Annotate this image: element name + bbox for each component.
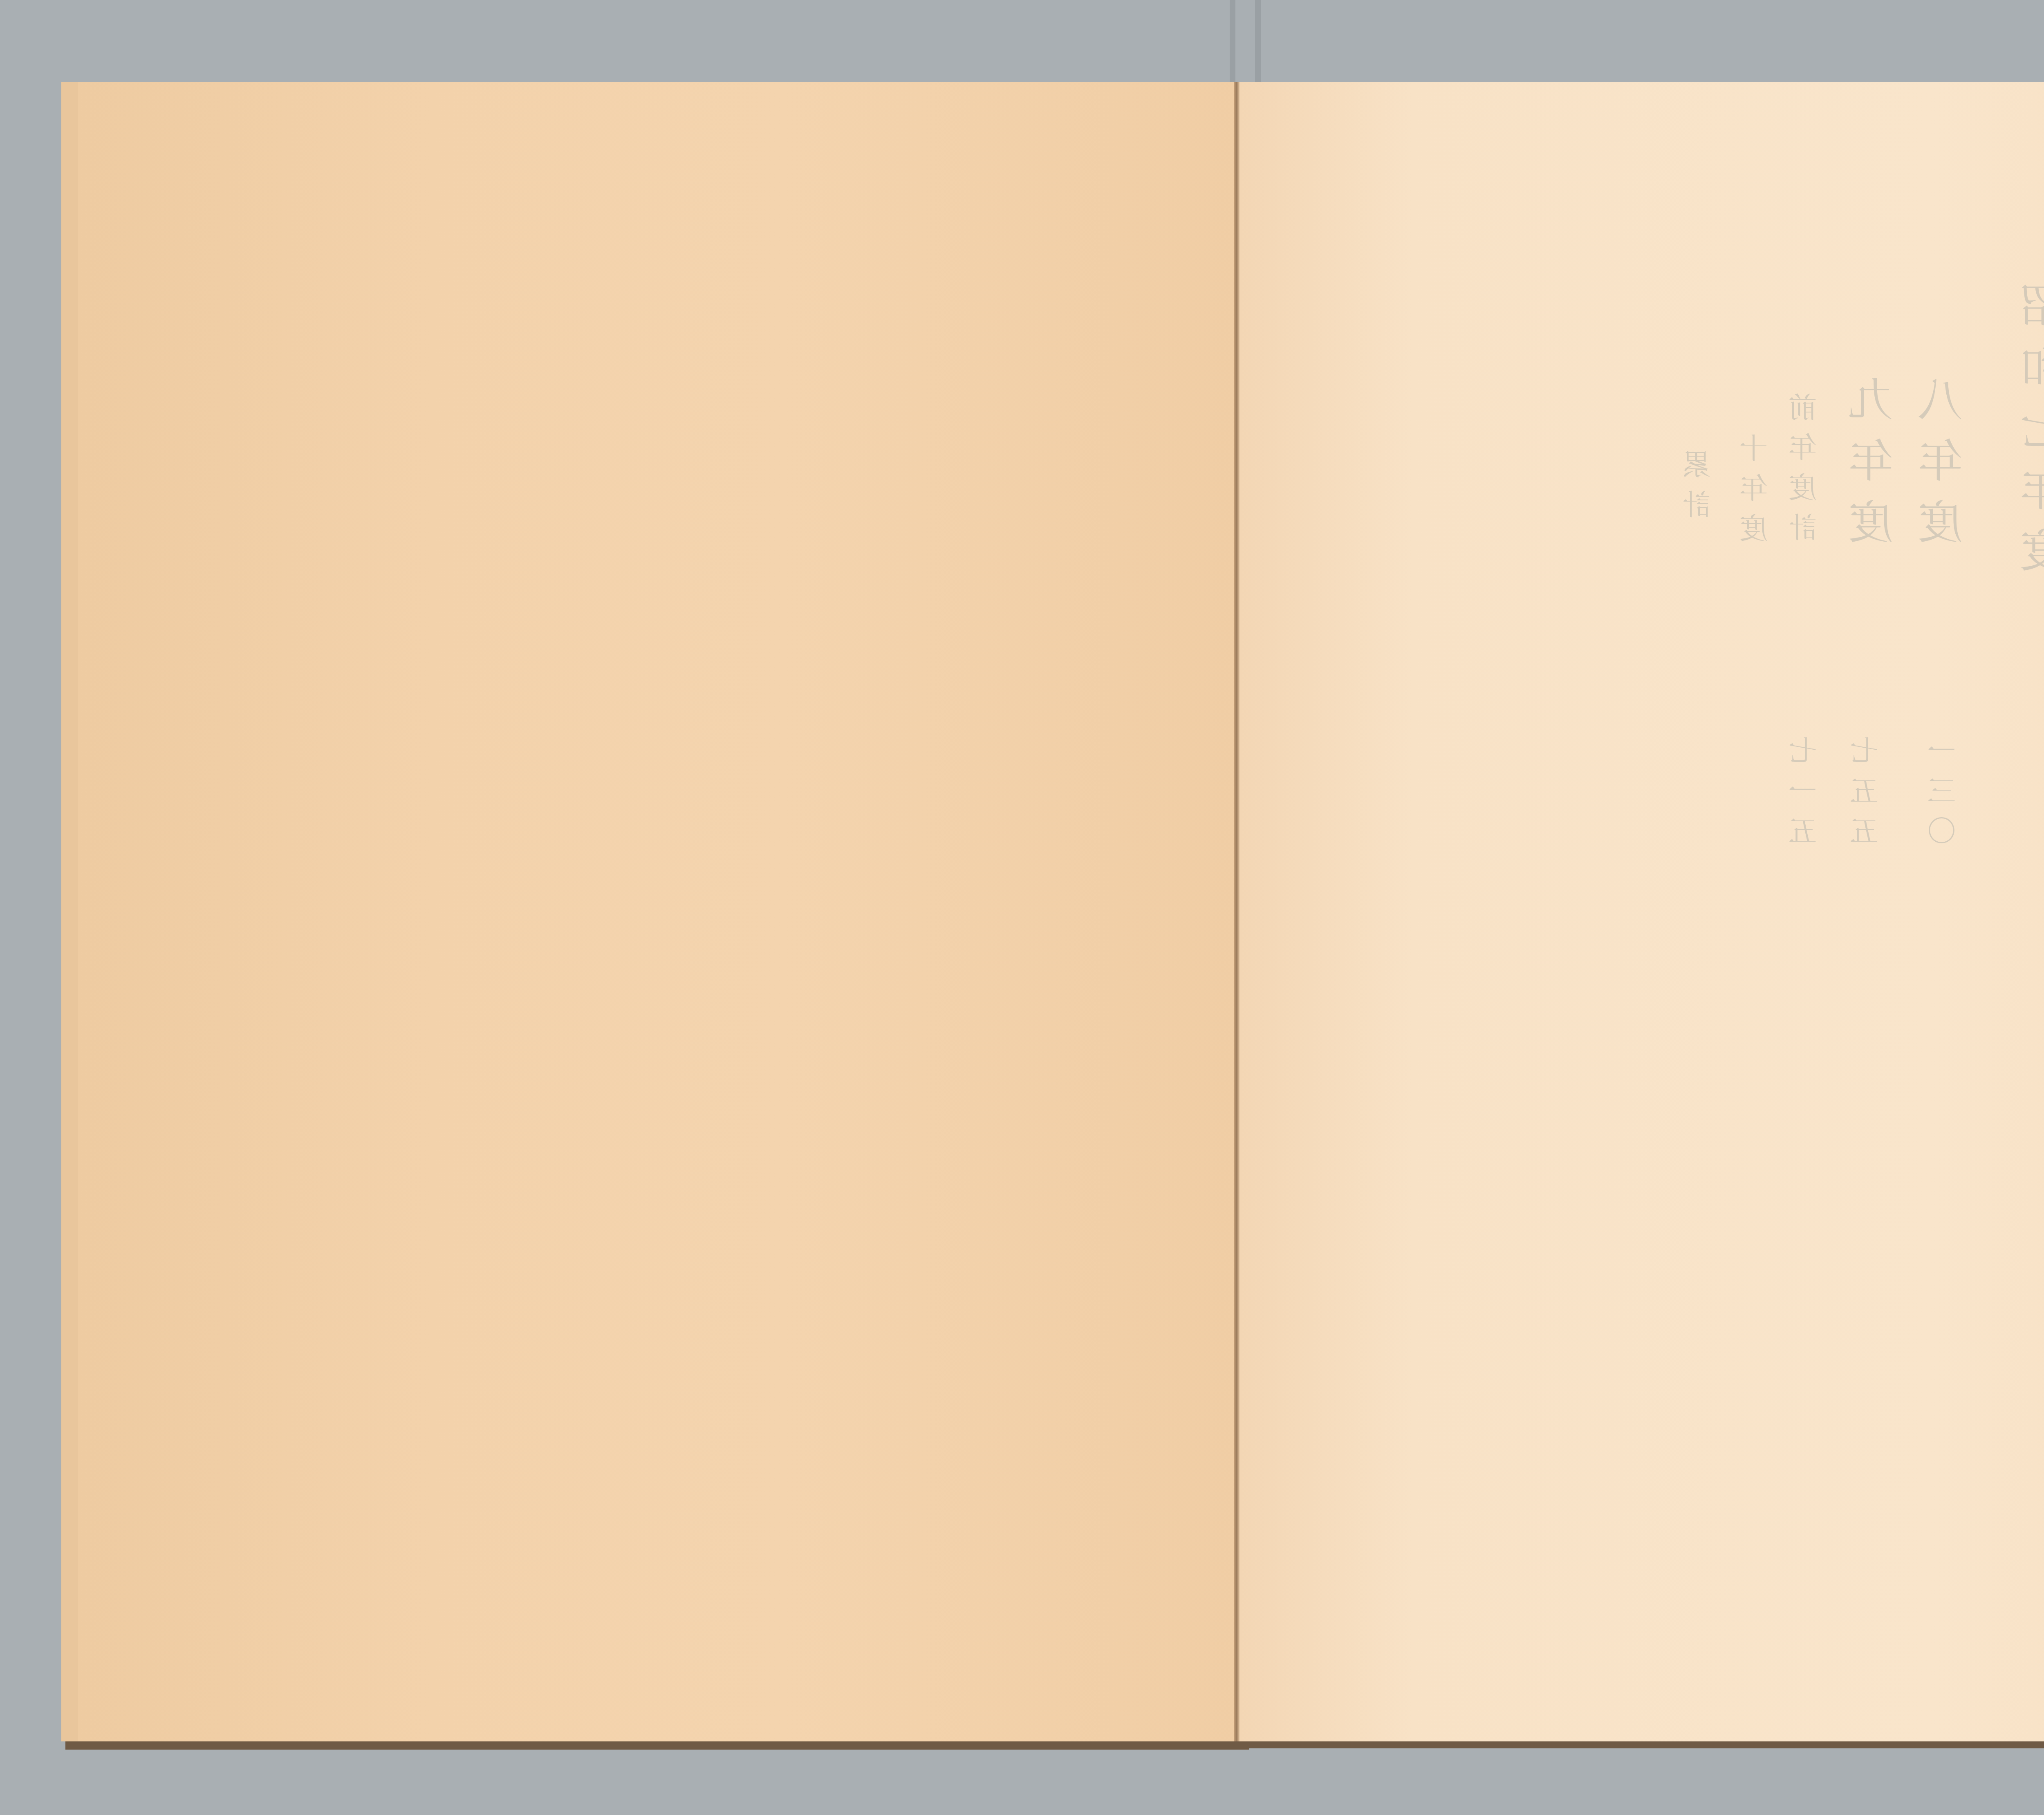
show-through-numeral-1: 一三〇 — [1930, 736, 1958, 856]
left-page — [61, 82, 1253, 1741]
book-gutter — [1234, 82, 1239, 1741]
scanner-seam-right — [1255, 0, 1261, 86]
show-through-text-col-5: 十年度 — [1741, 433, 1770, 553]
show-through-text-col-2: 八年度 — [1921, 376, 1966, 560]
scanner-seam-left — [1230, 0, 1235, 86]
show-through-text-col-3: 九年度 — [1852, 376, 1897, 560]
show-through-text-col-4: 前年度計 — [1791, 392, 1819, 553]
show-through-numeral-2: 七五五 — [1852, 736, 1880, 856]
show-through-text-col-6: 累計 — [1684, 450, 1713, 530]
show-through-text-col-1: 昭和七年度 — [2024, 282, 2044, 589]
right-page — [1239, 82, 2044, 1741]
show-through-numeral-3: 七一五 — [1791, 736, 1819, 856]
